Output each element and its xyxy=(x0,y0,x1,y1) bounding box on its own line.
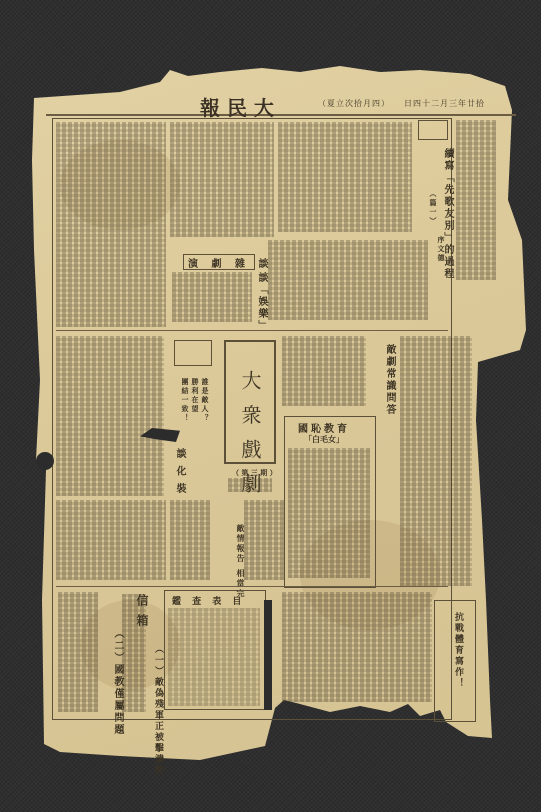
right-column-headline: 敵劇常識問答 xyxy=(382,344,397,416)
text-column xyxy=(56,500,166,580)
text-column xyxy=(282,592,432,702)
poster-subtitle: （ 第 三 期 ） xyxy=(232,468,277,478)
masthead-issue: 日四十二月三年廿拾 xyxy=(404,98,485,109)
left-mid-headline: 談 化 裝 xyxy=(172,448,187,495)
text-column xyxy=(268,240,428,320)
small-box-line-2: 勝利在望 xyxy=(190,378,200,414)
center-lower-headline: 國恥教育 xyxy=(298,420,350,435)
feature-subtitle: （篇一） xyxy=(428,190,438,226)
masthead-date: （夏立次拾月四） xyxy=(318,98,390,109)
text-column xyxy=(282,336,366,406)
small-box-line-3: 團結一致！ xyxy=(180,378,190,423)
small-box-line-1: 誰是敵人？ xyxy=(200,378,210,423)
feature-logo-box xyxy=(418,120,448,140)
text-column xyxy=(170,122,274,237)
text-column xyxy=(400,336,472,586)
tear-gap xyxy=(264,600,272,710)
table-header: 鑑 查 表 目 xyxy=(172,594,245,607)
text-column xyxy=(172,272,252,322)
center-banner: 演 劇 雜 談 xyxy=(188,255,273,270)
newspaper-photo: 報 民 大 （夏立次拾月四） 日四十二月三年廿拾 續寫「先歌友別」的過程 （篇一… xyxy=(0,0,541,812)
center-lower-sub: 「白毛女」 xyxy=(304,434,344,445)
section-rule xyxy=(56,330,448,331)
text-column xyxy=(56,336,164,496)
text-column xyxy=(456,120,496,280)
feature-author: 序文德 xyxy=(436,236,446,263)
bottom-right-headline: 抗戰體育寫作！ xyxy=(452,612,465,689)
tear-hole xyxy=(36,452,54,470)
text-column xyxy=(244,500,284,580)
table-body xyxy=(168,608,260,706)
masthead-title: 報 民 大 xyxy=(200,92,274,121)
text-column xyxy=(278,122,412,232)
poster-caption xyxy=(228,478,272,492)
illustration-box xyxy=(174,340,212,366)
section-rule xyxy=(56,586,448,587)
text-column xyxy=(56,122,166,327)
text-column xyxy=(58,592,98,712)
text-column xyxy=(288,448,370,578)
center-quote: 談「娛樂」 xyxy=(254,272,269,332)
text-column xyxy=(170,500,210,580)
mailbox-title: 信 箱 xyxy=(134,594,151,628)
